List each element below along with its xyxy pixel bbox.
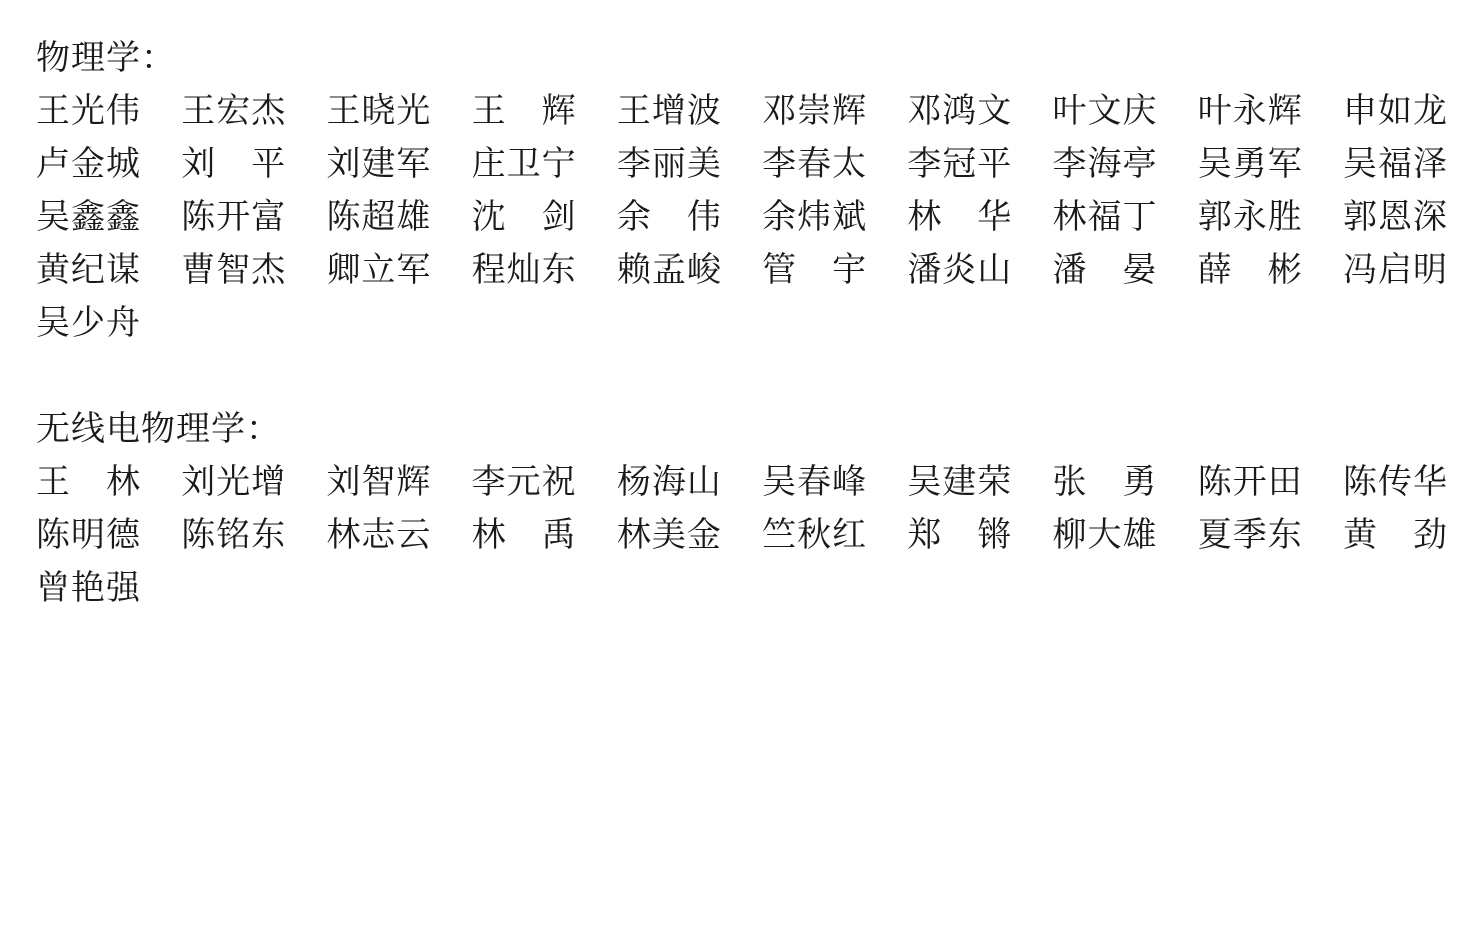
person-name: 陈传华 (1343, 456, 1448, 509)
person-name: 王晓光 (326, 85, 431, 138)
person-name: 林 华 (907, 191, 1012, 244)
person-name: 林 禹 (472, 509, 577, 562)
person-name: 林志云 (326, 509, 431, 562)
person-name: 郭永胜 (1198, 191, 1303, 244)
person-name: 申如龙 (1343, 85, 1448, 138)
section: 无线电物理学：王 林刘光增刘智辉李元祝杨海山吴春峰吴建荣张 勇陈开田陈传华陈明德… (36, 403, 1448, 615)
person-name: 吴鑫鑫 (36, 191, 141, 244)
name-row: 吴少舟 (36, 297, 1448, 350)
person-name: 王 林 (36, 456, 141, 509)
person-name: 李丽美 (617, 138, 722, 191)
person-name: 杨海山 (617, 456, 722, 509)
person-name: 庄卫宁 (472, 138, 577, 191)
person-name: 冯启明 (1343, 244, 1448, 297)
person-name: 吴少舟 (36, 297, 141, 350)
person-name: 邓鸿文 (907, 85, 1012, 138)
person-name: 刘光增 (181, 456, 286, 509)
person-name: 柳大雄 (1053, 509, 1158, 562)
person-name: 王光伟 (36, 85, 141, 138)
person-name: 陈铭东 (181, 509, 286, 562)
section-heading: 物理学： (36, 32, 1448, 85)
person-name: 夏季东 (1198, 509, 1303, 562)
person-name: 薛 彬 (1198, 244, 1303, 297)
person-name: 卿立军 (326, 244, 431, 297)
person-name: 陈超雄 (326, 191, 431, 244)
person-name: 王 辉 (472, 85, 577, 138)
person-name: 刘 平 (181, 138, 286, 191)
person-name: 黄纪谋 (36, 244, 141, 297)
person-name: 陈开田 (1198, 456, 1303, 509)
person-name: 王宏杰 (181, 85, 286, 138)
person-name: 潘 晏 (1053, 244, 1158, 297)
person-name: 曹智杰 (181, 244, 286, 297)
person-name: 李冠平 (907, 138, 1012, 191)
person-name: 黄 劲 (1343, 509, 1448, 562)
person-name: 张 勇 (1053, 456, 1158, 509)
person-name: 叶文庆 (1053, 85, 1158, 138)
name-row: 陈明德陈铭东林志云林 禹林美金竺秋红郑 锵柳大雄夏季东黄 劲 (36, 509, 1448, 562)
person-name: 潘炎山 (907, 244, 1012, 297)
person-name: 赖孟峻 (617, 244, 722, 297)
person-name: 林福丁 (1053, 191, 1158, 244)
person-name: 余 伟 (617, 191, 722, 244)
person-name: 曾艳强 (36, 562, 141, 615)
person-name: 林美金 (617, 509, 722, 562)
person-name: 陈明德 (36, 509, 141, 562)
name-row: 王光伟王宏杰王晓光王 辉王增波邓崇辉邓鸿文叶文庆叶永辉申如龙 (36, 85, 1448, 138)
person-name: 程灿东 (472, 244, 577, 297)
person-name: 吴福泽 (1343, 138, 1448, 191)
sections-container: 物理学：王光伟王宏杰王晓光王 辉王增波邓崇辉邓鸿文叶文庆叶永辉申如龙卢金城刘 平… (36, 32, 1448, 615)
person-name: 郑 锵 (907, 509, 1012, 562)
person-name: 刘建军 (326, 138, 431, 191)
person-name: 吴建荣 (907, 456, 1012, 509)
person-name: 陈开富 (181, 191, 286, 244)
person-name: 管 宇 (762, 244, 867, 297)
person-name: 李元祝 (472, 456, 577, 509)
person-name: 郭恩深 (1343, 191, 1448, 244)
name-row: 吴鑫鑫陈开富陈超雄沈 剑余 伟余炜斌林 华林福丁郭永胜郭恩深 (36, 191, 1448, 244)
document-page: 物理学：王光伟王宏杰王晓光王 辉王增波邓崇辉邓鸿文叶文庆叶永辉申如龙卢金城刘 平… (0, 0, 1464, 947)
name-row: 王 林刘光增刘智辉李元祝杨海山吴春峰吴建荣张 勇陈开田陈传华 (36, 456, 1448, 509)
section-heading: 无线电物理学： (36, 403, 1448, 456)
section: 物理学：王光伟王宏杰王晓光王 辉王增波邓崇辉邓鸿文叶文庆叶永辉申如龙卢金城刘 平… (36, 32, 1448, 350)
person-name: 王增波 (617, 85, 722, 138)
person-name: 李海亭 (1053, 138, 1158, 191)
person-name: 沈 剑 (472, 191, 577, 244)
person-name: 邓崇辉 (762, 85, 867, 138)
person-name: 吴春峰 (762, 456, 867, 509)
person-name: 吴勇军 (1198, 138, 1303, 191)
person-name: 余炜斌 (762, 191, 867, 244)
name-row: 卢金城刘 平刘建军庄卫宁李丽美李春太李冠平李海亭吴勇军吴福泽 (36, 138, 1448, 191)
person-name: 竺秋红 (762, 509, 867, 562)
person-name: 卢金城 (36, 138, 141, 191)
person-name: 李春太 (762, 138, 867, 191)
person-name: 叶永辉 (1198, 85, 1303, 138)
name-row: 黄纪谋曹智杰卿立军程灿东赖孟峻管 宇潘炎山潘 晏薛 彬冯启明 (36, 244, 1448, 297)
person-name: 刘智辉 (326, 456, 431, 509)
name-row: 曾艳强 (36, 562, 1448, 615)
